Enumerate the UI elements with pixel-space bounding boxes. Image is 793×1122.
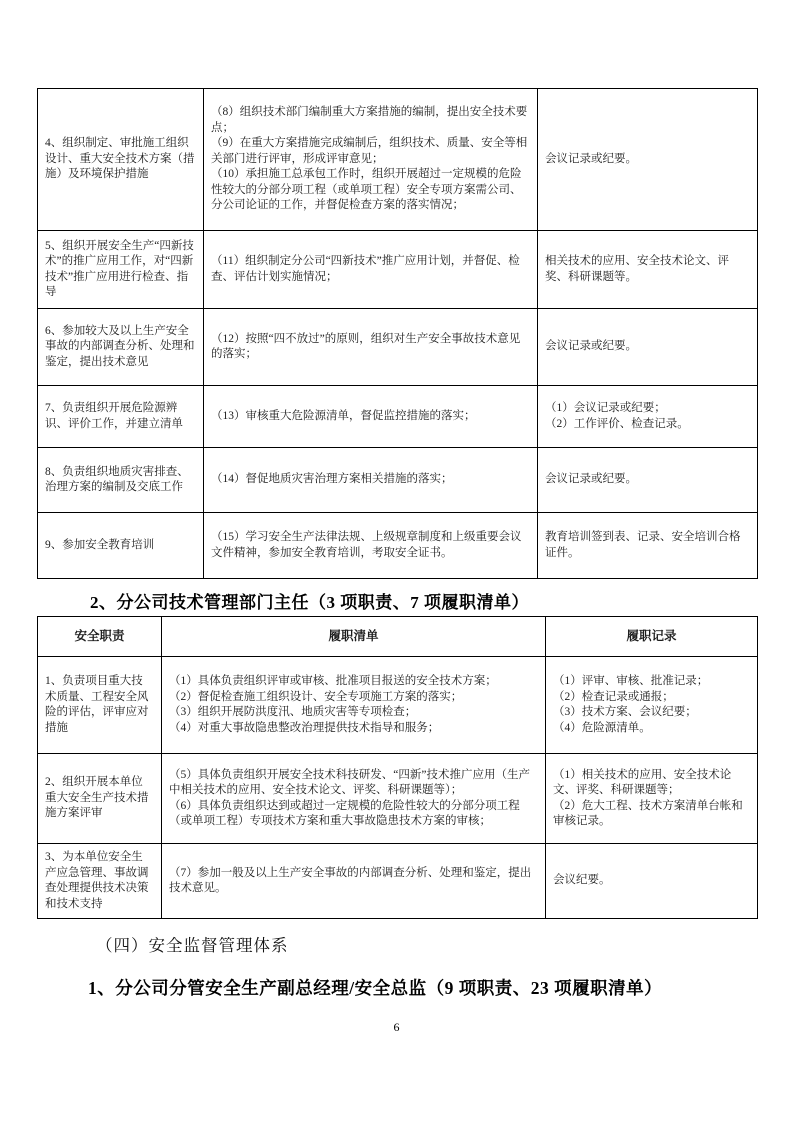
checklist-cell: （14）督促地质灾害治理方案相关措施的落实； bbox=[204, 448, 538, 513]
table-row: 8、负责组织地质灾害排查、治理方案的编制及交底工作 （14）督促地质灾害治理方案… bbox=[38, 448, 758, 513]
table-row: 4、组织制定、审批施工组织设计、重大安全技术方案（措施）及环境保护措施 （8）组… bbox=[38, 89, 758, 231]
record-cell: （1）相关技术的应用、安全技术论文、评奖、科研课题等； （2）危大工程、技术方案… bbox=[546, 754, 758, 844]
page-number: 6 bbox=[0, 1020, 793, 1035]
column-header-record: 履职记录 bbox=[546, 617, 758, 657]
checklist-cell: （13）审核重大危险源清单，督促监控措施的落实； bbox=[204, 386, 538, 448]
section-heading-supervision-system: （四）安全监督管理体系 bbox=[96, 932, 289, 956]
record-cell: 相关技术的应用、安全技术论文、评奖、科研课题等。 bbox=[538, 231, 758, 309]
checklist-cell: （1）具体负责组织评审或审核、批准项目报送的安全技术方案； （2）督促检查施工组… bbox=[162, 657, 546, 754]
record-cell: （1）会议记录或纪要； （2）工作评价、检查记录。 bbox=[538, 386, 758, 448]
table-header-row: 安全职责 履职清单 履职记录 bbox=[38, 617, 758, 657]
duty-table-continuation: 4、组织制定、审批施工组织设计、重大安全技术方案（措施）及环境保护措施 （8）组… bbox=[37, 88, 758, 579]
table-row: 5、组织开展安全生产“四新技术”的推广应用工作，对“四新技术”推广应用进行检查、… bbox=[38, 231, 758, 309]
record-cell: 会议记录或纪要。 bbox=[538, 448, 758, 513]
checklist-cell: （11）组织制定分公司“四新技术”推广应用计划，并督促、检查、评估计划实施情况； bbox=[204, 231, 538, 309]
document-page: 4、组织制定、审批施工组织设计、重大安全技术方案（措施）及环境保护措施 （8）组… bbox=[0, 0, 793, 1122]
column-header-duty: 安全职责 bbox=[38, 617, 162, 657]
record-cell: 会议记录或纪要。 bbox=[538, 309, 758, 386]
duty-cell: 7、负责组织开展危险源辨识、评价工作，并建立清单 bbox=[38, 386, 204, 448]
checklist-cell: （7）参加一般及以上生产安全事故的内部调查分析、处理和鉴定，提出技术意见。 bbox=[162, 844, 546, 919]
record-cell: 教育培训签到表、记录、安全培训合格证件。 bbox=[538, 513, 758, 579]
table-row: 2、组织开展本单位重大安全生产技术措施方案评审 （5）具体负责组织开展安全技术科… bbox=[38, 754, 758, 844]
checklist-cell: （8）组织技术部门编制重大方案措施的编制，提出安全技术要点； （9）在重大方案措… bbox=[204, 89, 538, 231]
duty-cell: 5、组织开展安全生产“四新技术”的推广应用工作，对“四新技术”推广应用进行检查、… bbox=[38, 231, 204, 309]
table-row: 1、负责项目重大技术质量、工程安全风险的评估，评审应对措施 （1）具体负责组织评… bbox=[38, 657, 758, 754]
section-heading-dept-director: 2、分公司技术管理部门主任（3 项职责、7 项履职清单） bbox=[90, 588, 529, 613]
duty-cell: 1、负责项目重大技术质量、工程安全风险的评估，评审应对措施 bbox=[38, 657, 162, 754]
checklist-cell: （12）按照“四不放过”的原则，组织对生产安全事故技术意见的落实； bbox=[204, 309, 538, 386]
duty-cell: 3、为本单位安全生产应急管理、事故调查处理提供技术决策和技术支持 bbox=[38, 844, 162, 919]
section-heading-deputy-gm: 1、分公司分管安全生产副总经理/安全总监（9 项职责、23 项履职清单） bbox=[88, 975, 662, 1000]
duty-cell: 9、参加安全教育培训 bbox=[38, 513, 204, 579]
table-row: 9、参加安全教育培训 （15）学习安全生产法律法规、上级规章制度和上级重要会议文… bbox=[38, 513, 758, 579]
table-row: 6、参加较大及以上生产安全事故的内部调查分析、处理和鉴定，提出技术意见 （12）… bbox=[38, 309, 758, 386]
duty-table-dept-director: 安全职责 履职清单 履职记录 1、负责项目重大技术质量、工程安全风险的评估，评审… bbox=[37, 616, 758, 919]
record-cell: 会议纪要。 bbox=[546, 844, 758, 919]
duty-cell: 4、组织制定、审批施工组织设计、重大安全技术方案（措施）及环境保护措施 bbox=[38, 89, 204, 231]
record-cell: （1）评审、审核、批准记录； （2）检查记录或通报； （3）技术方案、会议纪要；… bbox=[546, 657, 758, 754]
duty-cell: 6、参加较大及以上生产安全事故的内部调查分析、处理和鉴定，提出技术意见 bbox=[38, 309, 204, 386]
checklist-cell: （5）具体负责组织开展安全技术科技研发、“四新”技术推广应用（生产中相关技术的应… bbox=[162, 754, 546, 844]
duty-cell: 2、组织开展本单位重大安全生产技术措施方案评审 bbox=[38, 754, 162, 844]
record-cell: 会议记录或纪要。 bbox=[538, 89, 758, 231]
table-row: 7、负责组织开展危险源辨识、评价工作，并建立清单 （13）审核重大危险源清单，督… bbox=[38, 386, 758, 448]
checklist-cell: （15）学习安全生产法律法规、上级规章制度和上级重要会议文件精神，参加安全教育培… bbox=[204, 513, 538, 579]
duty-cell: 8、负责组织地质灾害排查、治理方案的编制及交底工作 bbox=[38, 448, 204, 513]
table-row: 3、为本单位安全生产应急管理、事故调查处理提供技术决策和技术支持 （7）参加一般… bbox=[38, 844, 758, 919]
column-header-checklist: 履职清单 bbox=[162, 617, 546, 657]
